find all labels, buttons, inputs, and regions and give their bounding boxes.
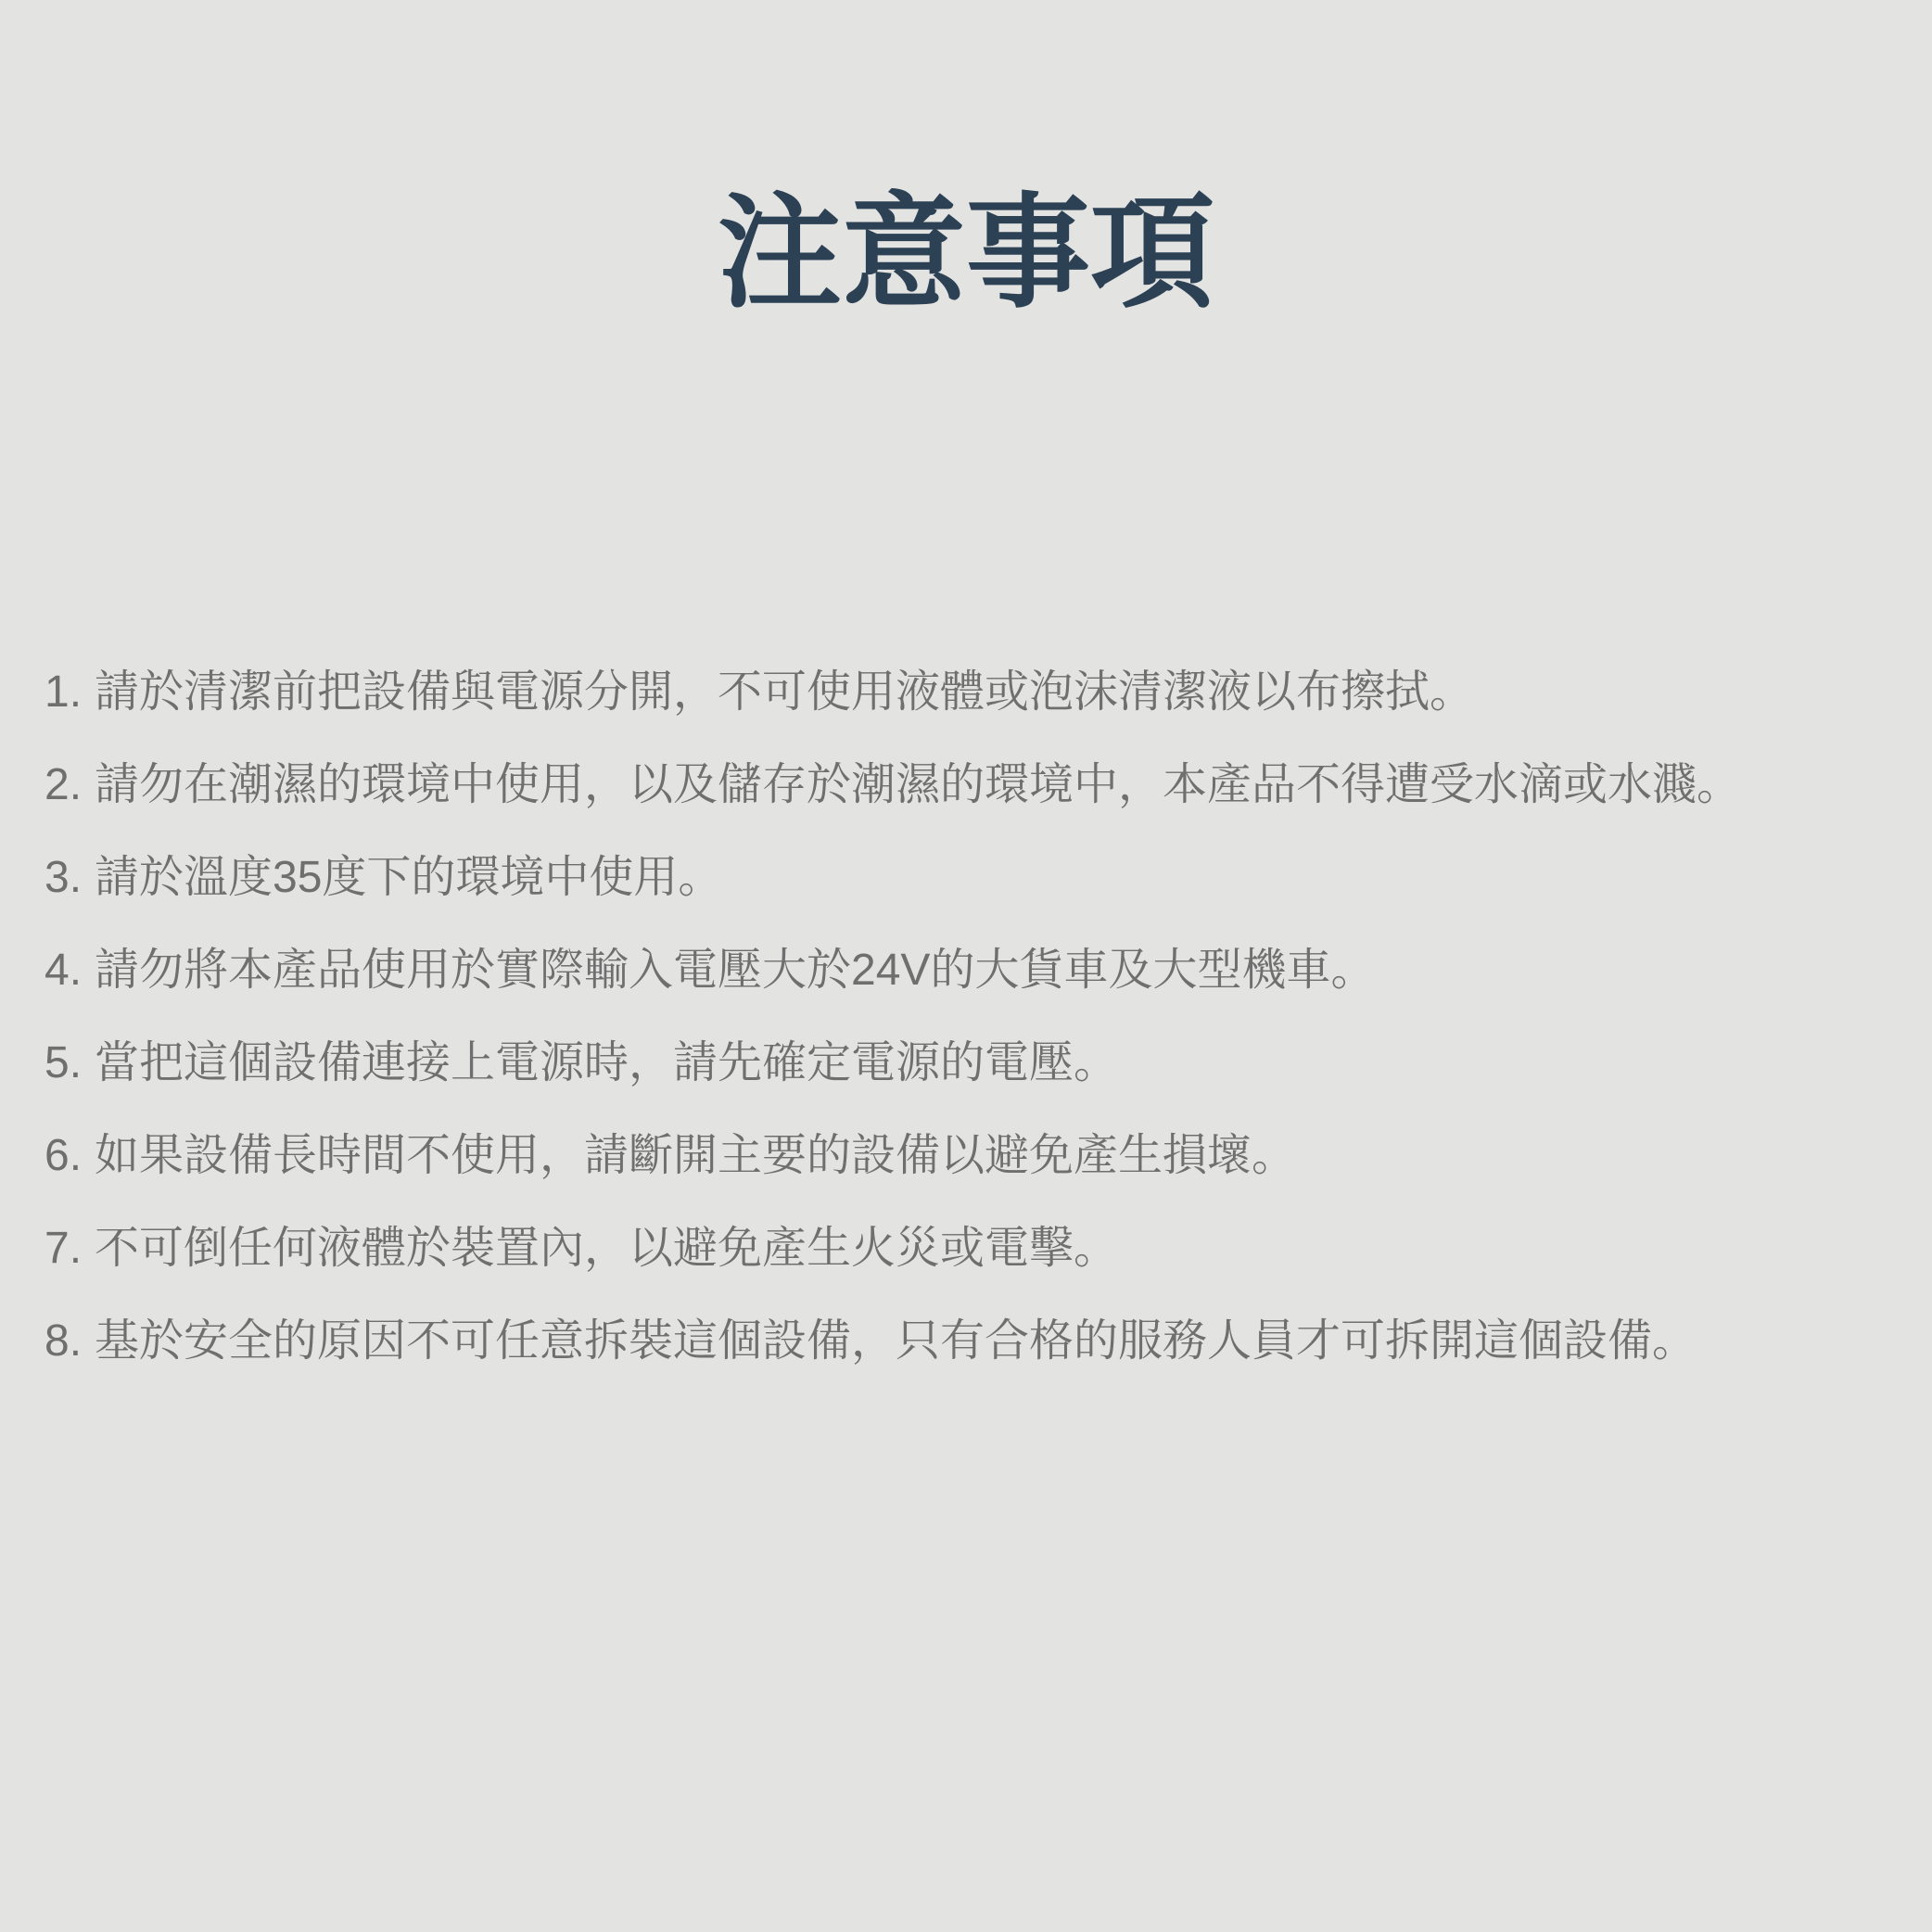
item-text: 請於清潔前把設備與電源分開，不可使用液體或泡沫清潔液以布擦拭。	[95, 667, 1474, 717]
item-number: 2.	[44, 739, 82, 832]
precautions-page: 注意事項 1.請於清潔前把設備與電源分開，不可使用液體或泡沫清潔液以布擦拭。 2…	[0, 0, 1932, 1932]
list-item: 4.請勿將本產品使用於實際輸入電壓大於24V的大貨車及大型機車。	[44, 924, 1932, 1017]
item-number: 8.	[44, 1295, 82, 1388]
item-number: 3.	[44, 832, 82, 924]
notice-list: 1.請於清潔前把設備與電源分開，不可使用液體或泡沫清潔液以布擦拭。 2.請勿在潮…	[44, 646, 1932, 1388]
item-number: 1.	[44, 646, 82, 739]
item-text: 請勿將本產品使用於實際輸入電壓大於24V的大貨車及大型機車。	[95, 946, 1375, 995]
item-text: 請於溫度35度下的環境中使用。	[95, 853, 722, 902]
item-number: 4.	[44, 924, 82, 1017]
list-item: 2.請勿在潮濕的環境中使用，以及儲存於潮濕的環境中，本產品不得遭受水滴或水濺。	[44, 739, 1932, 832]
list-item: 6.如果設備長時間不使用，請斷開主要的設備以避免產生損壞。	[44, 1110, 1932, 1202]
item-text: 不可倒任何液體於裝置內，以避免產生火災或電擊。	[95, 1224, 1118, 1273]
list-item: 3.請於溫度35度下的環境中使用。	[44, 832, 1932, 924]
item-text: 當把這個設備連接上電源時，請先確定電源的電壓。	[95, 1038, 1118, 1087]
item-text: 請勿在潮濕的環境中使用，以及儲存於潮濕的環境中，本產品不得遭受水滴或水濺。	[95, 760, 1741, 809]
list-item: 1.請於清潔前把設備與電源分開，不可使用液體或泡沫清潔液以布擦拭。	[44, 646, 1932, 739]
item-number: 5.	[44, 1017, 82, 1110]
item-number: 7.	[44, 1202, 82, 1295]
page-title: 注意事項	[0, 0, 1932, 322]
list-item: 7.不可倒任何液體於裝置內，以避免產生火災或電擊。	[44, 1202, 1932, 1295]
item-text: 如果設備長時間不使用，請斷開主要的設備以避免產生損壞。	[95, 1131, 1296, 1180]
list-item: 8.基於安全的原因不可任意拆裝這個設備，只有合格的服務人員才可拆開這個設備。	[44, 1295, 1932, 1388]
list-item: 5.當把這個設備連接上電源時，請先確定電源的電壓。	[44, 1017, 1932, 1110]
item-text: 基於安全的原因不可任意拆裝這個設備，只有合格的服務人員才可拆開這個設備。	[95, 1316, 1697, 1366]
item-number: 6.	[44, 1110, 82, 1202]
